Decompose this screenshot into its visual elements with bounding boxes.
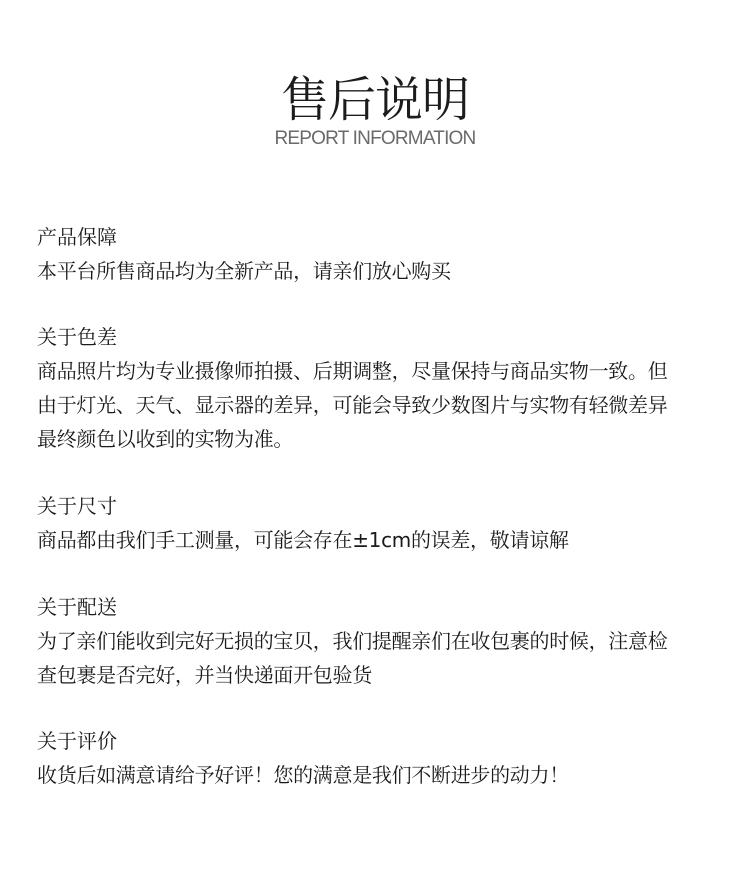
- section-title: 产品保障: [37, 220, 717, 254]
- section-body: 本平台所售商品均为全新产品，请亲们放心购买: [37, 254, 717, 288]
- section-delivery: 关于配送 为了亲们能收到完好无损的宝贝，我们提醒亲们在收包裹的时候，注意检 查包…: [37, 590, 717, 692]
- section-color-difference: 关于色差 商品照片均为专业摄像师拍摄、后期调整，尽量保持与商品实物一致。但 由于…: [37, 320, 717, 456]
- section-title: 关于评价: [37, 724, 717, 758]
- page-subtitle: REPORT INFORMATION: [0, 128, 750, 150]
- section-body: 为了亲们能收到完好无损的宝贝，我们提醒亲们在收包裹的时候，注意检 查包裹是否完好…: [37, 624, 717, 692]
- page-title: 售后说明: [0, 72, 750, 128]
- section-title: 关于尺寸: [37, 489, 717, 523]
- page-header: 售后说明 REPORT INFORMATION: [0, 72, 750, 150]
- section-body: 商品照片均为专业摄像师拍摄、后期调整，尽量保持与商品实物一致。但 由于灯光、天气…: [37, 354, 717, 456]
- section-body: 收货后如满意请给予好评！您的满意是我们不断进步的动力！: [37, 758, 717, 792]
- section-title: 关于色差: [37, 320, 717, 354]
- section-product-guarantee: 产品保障 本平台所售商品均为全新产品，请亲们放心购买: [37, 220, 717, 288]
- section-body: 商品都由我们手工测量，可能会存在±1cm的误差，敬请谅解: [37, 523, 717, 557]
- section-title: 关于配送: [37, 590, 717, 624]
- section-size: 关于尺寸 商品都由我们手工测量，可能会存在±1cm的误差，敬请谅解: [37, 489, 717, 557]
- section-review: 关于评价 收货后如满意请给予好评！您的满意是我们不断进步的动力！: [37, 724, 717, 792]
